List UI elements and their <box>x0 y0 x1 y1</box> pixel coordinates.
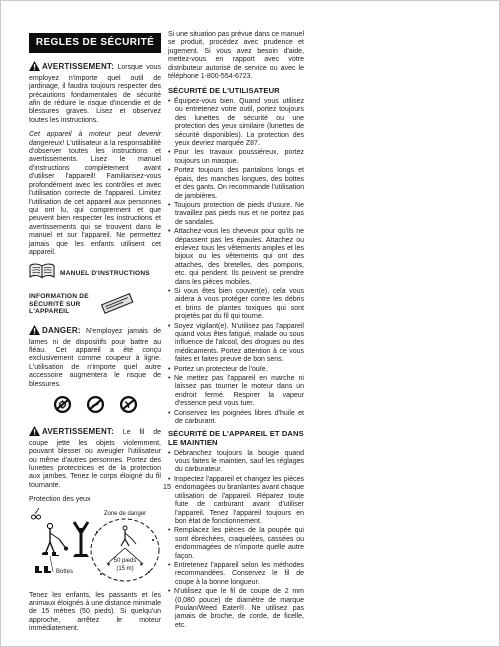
safety-info-label: INFORMATION DE SÉCURITÉ SUR L'APPAREIL <box>29 293 91 316</box>
boots-icon <box>35 556 53 573</box>
no-flail-icon <box>119 395 138 417</box>
list-item: Portez un protecteur de l'ouïe. <box>168 366 304 374</box>
heading-unit-maintenance-safety: SÉCURITÉ DE L'APPAREIL ET DANS LE MAINTI… <box>168 430 304 447</box>
operator-figure <box>42 523 68 556</box>
left-column: REGLES DE SÉCURITÉ AVERTISSEMENT: Lorsqu… <box>29 31 161 640</box>
list-item: Pour les travaux poussiéreux, portez tou… <box>168 149 304 166</box>
list-item: N'utilisez que le fil de coupe de 2 mm (… <box>168 588 304 630</box>
warning-text: Lorsque vous employez n'importe quel out… <box>29 64 161 123</box>
warning-label-2: AVERTISSEMENT: <box>42 427 114 436</box>
goggles-icon <box>32 508 41 519</box>
list-item: Conservez les poignées libres d'huile et… <box>168 410 304 427</box>
boots-label: Bottes <box>56 569 73 575</box>
list-item: Ne mettez pas l'appareil en marche ni la… <box>168 375 304 409</box>
no-saw-blade-icon <box>53 395 72 417</box>
danger-text: N'employez jamais de lames ni de disposi… <box>29 328 161 387</box>
no-metal-blade-icon <box>86 395 105 417</box>
list-item: Soyez vigilant(e). N'utilisez pas l'appa… <box>168 323 304 365</box>
distance-label-2: (15 m) <box>116 566 133 572</box>
list-item: Remplacez les pièces de la poupée qui so… <box>168 527 304 561</box>
section-header: REGLES DE SÉCURITÉ <box>29 33 161 53</box>
safety-info-icon-row: INFORMATION DE SÉCURITÉ SUR L'APPAREIL <box>29 291 161 318</box>
warning-paragraph-1: AVERTISSEMENT: Lorsque vous employez n'i… <box>29 61 161 125</box>
intro-paragraph: Si une situation pas prévue dans ce manu… <box>168 31 304 81</box>
manual-icon-row: MANUEL D'INSTRUCTIONS <box>29 263 161 283</box>
list-item: Équipez-vous bien. Quand vous utilisez o… <box>168 98 304 148</box>
eye-protection-caption: Protection des yeux <box>29 496 161 504</box>
list-item: Toujours protection de pieds d'usure. Ne… <box>168 202 304 227</box>
maintenance-safety-list: Débranchez toujours la bougie quand vous… <box>168 450 304 631</box>
manual-page: REGLES DE SÉCURITÉ AVERTISSEMENT: Lorsqu… <box>0 0 500 647</box>
page-number: 15 <box>1 482 333 491</box>
warning-paragraph-2: AVERTISSEMENT: Le fil de coupe jette les… <box>29 426 161 490</box>
danger-triangle-icon <box>29 325 40 338</box>
manual-icon-label: MANUEL D'INSTRUCTIONS <box>60 270 150 278</box>
safety-decal-icon <box>96 291 138 318</box>
list-item: Entretenez l'appareil selon les méthodes… <box>168 562 304 587</box>
list-item: Portez toujours des pantalons longs et é… <box>168 167 304 201</box>
operator-responsibility-paragraph: Cet appareil à moteur peut devenir dange… <box>29 131 161 257</box>
heading-user-safety: SÉCURITÉ DE L'UTILISATEUR <box>168 87 304 96</box>
tree-figure <box>73 522 89 557</box>
zone-label: Zone de danger <box>104 511 146 517</box>
warning-triangle-icon-2 <box>29 426 40 439</box>
warning-label: AVERTISSEMENT: <box>42 62 114 71</box>
list-item: Si vous êtes bien couvert(e), cela vous … <box>168 288 304 322</box>
danger-paragraph: DANGER: N'employez jamais de lames ni de… <box>29 325 161 389</box>
italic-body: L'utilisateur a la responsabilité d'obse… <box>29 140 161 256</box>
user-safety-list: Équipez-vous bien. Quand vous utilisez o… <box>168 98 304 426</box>
warning-triangle-icon <box>29 61 40 74</box>
danger-label: DANGER: <box>42 326 81 335</box>
section-header-label: REGLES DE SÉCURITÉ <box>36 37 154 48</box>
closing-paragraph: Tenez les enfants, les passants et les a… <box>29 592 161 634</box>
prohibition-icons-row <box>29 395 161 417</box>
list-item: Attachez-vous les cheveux pour qu'ils ne… <box>168 228 304 287</box>
list-item: Débranchez toujours la bougie quand vous… <box>168 450 304 475</box>
warning-text-2: Le fil de coupe jette les objets violemm… <box>29 429 161 488</box>
danger-zone-diagram: Zone de danger 50 pieds (15 m) Bottes <box>29 506 161 588</box>
open-book-icon <box>29 263 55 283</box>
distance-label-1: 50 pieds <box>114 558 137 564</box>
right-column: Si une situation pas prévue dans ce manu… <box>168 31 304 634</box>
